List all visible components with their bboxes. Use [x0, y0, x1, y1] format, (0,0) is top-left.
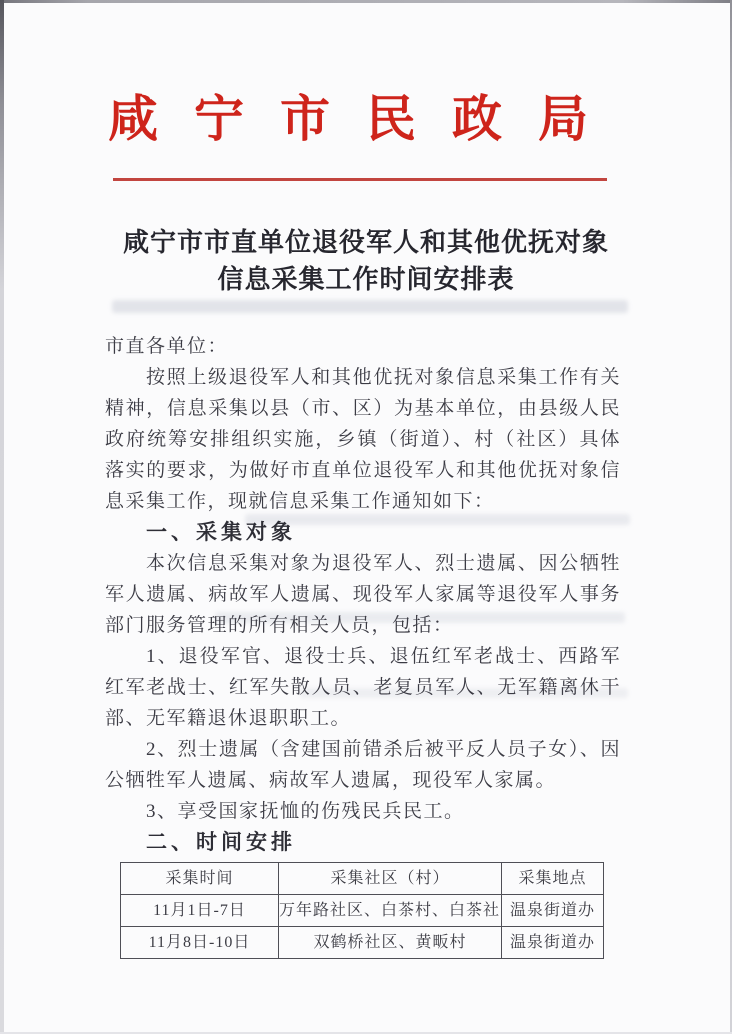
scan-edge-left	[0, 0, 4, 1034]
document-title-line1: 咸宁市市直单位退役军人和其他优抚对象	[123, 228, 609, 257]
section2-heading: 二、时间安排	[105, 827, 621, 858]
cell-community: 双鹤桥社区、黄畈村	[279, 927, 502, 959]
header-collection-time: 采集时间	[121, 863, 279, 895]
section1-item-1: 1、退役军官、退役士兵、退伍红军老战士、西路军红军老战士、红军失散人员、老复员军…	[105, 641, 621, 734]
cell-place: 温泉街道办	[502, 895, 604, 927]
schedule-row: 11月8日-10日 双鹤桥社区、黄畈村 温泉街道办	[121, 927, 604, 959]
schedule-table: 采集时间 采集社区（村） 采集地点 11月1日-7日 万年路社区、白茶村、白茶社…	[120, 862, 604, 959]
section1-heading: 一、采集对象	[105, 517, 621, 548]
cell-time: 11月1日-7日	[121, 895, 279, 927]
header-collection-place: 采集地点	[502, 863, 604, 895]
cell-place: 温泉街道办	[502, 927, 604, 959]
schedule-row: 11月1日-7日 万年路社区、白茶村、白茶社区 温泉街道办	[121, 895, 604, 927]
section1-item-3: 3、享受国家抚恤的伤残民兵民工。	[105, 796, 621, 827]
intro-paragraph: 按照上级退役军人和其他优抚对象信息采集工作有关精神，信息采集以县（市、区）为基本…	[105, 362, 621, 517]
cell-time: 11月8日-10日	[121, 927, 279, 959]
salutation: 市直各单位：	[105, 331, 621, 362]
scan-edge-top	[0, 0, 732, 3]
document-title-line2: 信息采集工作时间安排表	[217, 265, 514, 294]
letterhead-title: 咸宁市民政局	[0, 90, 732, 148]
document-body: 市直各单位： 按照上级退役军人和其他优抚对象信息采集工作有关精神，信息采集以县（…	[105, 331, 621, 959]
cell-community: 万年路社区、白茶村、白茶社区	[279, 895, 502, 927]
section1-intro: 本次信息采集对象为退役军人、烈士遗属、因公牺牲军人遗属、病故军人遗属、现役军人家…	[105, 548, 621, 641]
schedule-header-row: 采集时间 采集社区（村） 采集地点	[121, 863, 604, 895]
document-title: 咸宁市市直单位退役军人和其他优抚对象信息采集工作时间安排表	[0, 224, 732, 298]
section1-item-2: 2、烈士遗属（含建国前错杀后被平反人员子女）、因公牺牲军人遗属、病故军人遗属，现…	[105, 734, 621, 796]
bleed-through-artifact	[112, 300, 628, 313]
letterhead-divider-rule	[113, 178, 607, 181]
header-collection-community: 采集社区（村）	[279, 863, 502, 895]
scanned-document-page: 咸宁市民政局 咸宁市市直单位退役军人和其他优抚对象信息采集工作时间安排表 市直各…	[0, 0, 732, 1034]
